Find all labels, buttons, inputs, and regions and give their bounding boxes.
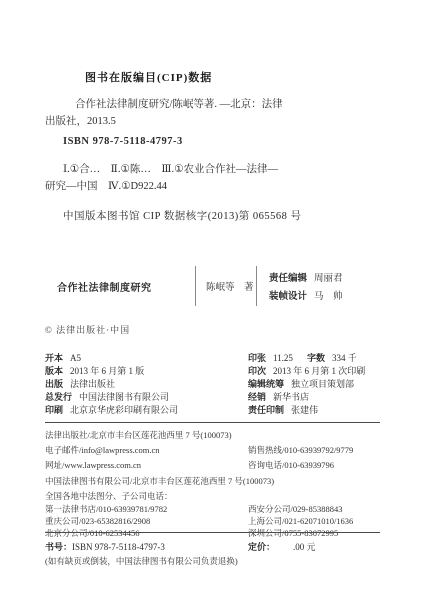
designer-name: 马 帅 <box>314 292 343 302</box>
divider-bottom <box>45 532 380 533</box>
price: 定价：.00 元 <box>248 540 316 553</box>
copyright-line: © 法律出版社·中国 <box>45 323 130 336</box>
branch-chongqing: 重庆公司/023-65382816/2908 <box>45 515 150 527</box>
cip-entry-line1: 合作社法律制度研究/陈岷等著. —北京：法律 <box>75 96 283 111</box>
branch-first-law-bookstore: 第一法律书店/010-63939781/9782 <box>45 503 167 515</box>
publisher-email: 电子邮件/info@lawpress.com.cn <box>45 444 160 456</box>
branches-header: 全国各地中法图分、子公司电话： <box>45 490 173 502</box>
editor-row: 责任编辑周丽君 <box>269 270 380 284</box>
cip-record-number: 中国版本图书馆 CIP 数据核字(2013)第 065568 号 <box>63 208 301 223</box>
branch-shenzhen: 深圳公司/0755-83072995 <box>248 527 338 539</box>
book-author: 陈岷等 著 <box>195 266 256 306</box>
colophon-row-printing: 印次2013 年 6 月第 1 次印刷 <box>248 364 365 377</box>
branch-xian: 西安分公司/029-85388843 <box>248 503 342 515</box>
cip-header: 图书在版编目(CIP)数据 <box>85 69 212 85</box>
colophon-row-format: 开本A5 <box>45 351 81 364</box>
book-number: 书号：ISBN 978-7-5118-4797-3 <box>45 540 165 553</box>
book-title: 合作社法律制度研究 <box>45 266 195 306</box>
colophon-row-planning: 编辑统筹独立项目策划部 <box>248 377 354 390</box>
inquiry-phone: 咨询电话/010-63939796 <box>248 459 334 471</box>
designer-row: 装帧设计马 帅 <box>269 288 380 302</box>
colophon-row-sheets-words: 印张11.25字数334 千 <box>248 351 357 364</box>
divider-top <box>45 422 380 423</box>
branch-beijing: 北京分公司/010-62534456 <box>45 527 139 539</box>
designer-label: 装帧设计 <box>269 292 307 302</box>
title-credits-box: 合作社法律制度研究 陈岷等 著 责任编辑周丽君 装帧设计马 帅 <box>45 266 380 306</box>
colophon-row-print-supervisor: 责任印制张建伟 <box>248 403 318 416</box>
colophon-row-publisher: 出版法律出版社 <box>45 377 115 390</box>
distributor-address: 中国法律图书有限公司/北京市丰台区莲花池西里 7 号(100073) <box>45 475 274 487</box>
cip-classification-line2: 研究—中国 Ⅳ.①D922.44 <box>45 178 167 193</box>
colophon-row-seller: 经销新华书店 <box>248 390 309 403</box>
publisher-address: 法律出版社/北京市丰台区莲花池西里 7 号(100073) <box>45 429 232 441</box>
branch-shanghai: 上海公司/021-62071010/1636 <box>248 515 353 527</box>
colophon-row-printer: 印刷北京京华虎彩印刷有限公司 <box>45 403 178 416</box>
colophon-row-distributor: 总发行中国法律图书有限公司 <box>45 390 169 403</box>
credits-cell: 责任编辑周丽君 装帧设计马 帅 <box>256 266 380 306</box>
publisher-website: 网址/www.lawpress.com.cn <box>45 459 141 471</box>
sales-hotline: 销售热线/010-63939792/9779 <box>248 444 353 456</box>
replacement-note: (如有缺页或倒装，中国法律图书有限公司负责退换) <box>45 555 238 567</box>
cip-isbn: ISBN 978-7-5118-4797-3 <box>63 136 183 147</box>
editor-label: 责任编辑 <box>269 274 307 284</box>
cip-classification-line1: Ⅰ.①合… Ⅱ.①陈… Ⅲ.①农业合作社—法律— <box>63 161 278 176</box>
copyright-page: 图书在版编目(CIP)数据 合作社法律制度研究/陈岷等著. —北京：法律 出版社… <box>0 0 425 616</box>
editor-name: 周丽君 <box>314 274 343 284</box>
cip-entry-line2: 出版社，2013.5 <box>45 113 116 128</box>
colophon-row-edition: 版本2013 年 6 月第 1 版 <box>45 364 144 377</box>
